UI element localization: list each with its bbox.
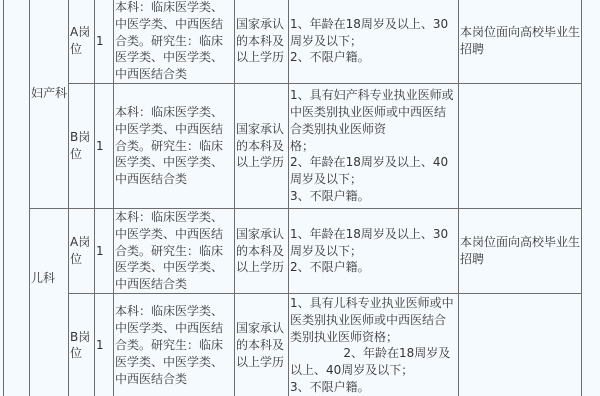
count-cell: 1 [95,293,114,396]
table-row: 妇产科 A岗位 1 本科：临床医学类、中医学类、中西医结合类。研究生：临床医学类… [4,0,582,83]
notes-cell: 本岗位面向高校毕业生招聘 [459,208,582,293]
unit-cell [4,0,30,396]
table-row: 儿科 A岗位 1 本科：临床医学类、中医学类、中西医结合类。研究生：临床医学类、… [4,208,582,293]
post-cell: B岗位 [69,83,95,208]
major-cell: 本科：临床医学类、中医学类、中西医结合类。研究生：临床医学类、中医学类、中西医结… [114,0,235,83]
department-name: 妇产科 [31,85,67,102]
education-cell: 国家承认的本科及以上学历 [235,83,289,208]
requirements-cell: 1、具有妇产科专业执业医师或中医类别执业医师或中西医结合类别执业医师资 格； 2… [289,83,459,208]
major-cell: 本科：临床医学类、中医学类、中西医结合类。研究生：临床医学类、中医学类、中西医结… [114,293,235,396]
table-row: B岗位 1 本科：临床医学类、中医学类、中西医结合类。研究生：临床医学类、中医学… [4,293,582,396]
department-name: 儿科 [31,270,67,287]
requirements-cell: 1、年龄在18周岁及以上、30周岁及以下； 2、不限户籍。 [289,208,459,293]
education-cell: 国家承认的本科及以上学历 [235,208,289,293]
major-cell: 本科：临床医学类、中医学类、中西医结合类。研究生：临床医学类、中医学类、中西医结… [114,83,235,208]
notes-cell [459,293,582,396]
requirements-cell: 1、具有儿科专业执业医师或中医类别执业医师或中西医结合类别执业医师资格； 2、年… [289,293,459,396]
education-cell: 国家承认的本科及以上学历 [235,0,289,83]
post-cell: A岗位 [69,0,95,83]
post-cell: B岗位 [69,293,95,396]
post-cell: A岗位 [69,208,95,293]
recruitment-positions-table: 妇产科 A岗位 1 本科：临床医学类、中医学类、中西医结合类。研究生：临床医学类… [3,0,582,396]
requirements-cell: 1、年龄在18周岁及以上、30周岁及以下； 2、不限户籍。 [289,0,459,83]
count-cell: 1 [95,208,114,293]
table-row: B岗位 1 本科：临床医学类、中医学类、中西医结合类。研究生：临床医学类、中医学… [4,83,582,208]
notes-cell [459,83,582,208]
department-cell: 妇产科 [30,0,69,208]
department-cell: 儿科 [30,208,69,396]
count-cell: 1 [95,83,114,208]
major-cell: 本科：临床医学类、中医学类、中西医结合类。研究生：临床医学类、中医学类、中西医结… [114,208,235,293]
education-cell: 国家承认的本科及以上学历 [235,293,289,396]
notes-cell: 本岗位面向高校毕业生招聘 [459,0,582,83]
count-cell: 1 [95,0,114,83]
